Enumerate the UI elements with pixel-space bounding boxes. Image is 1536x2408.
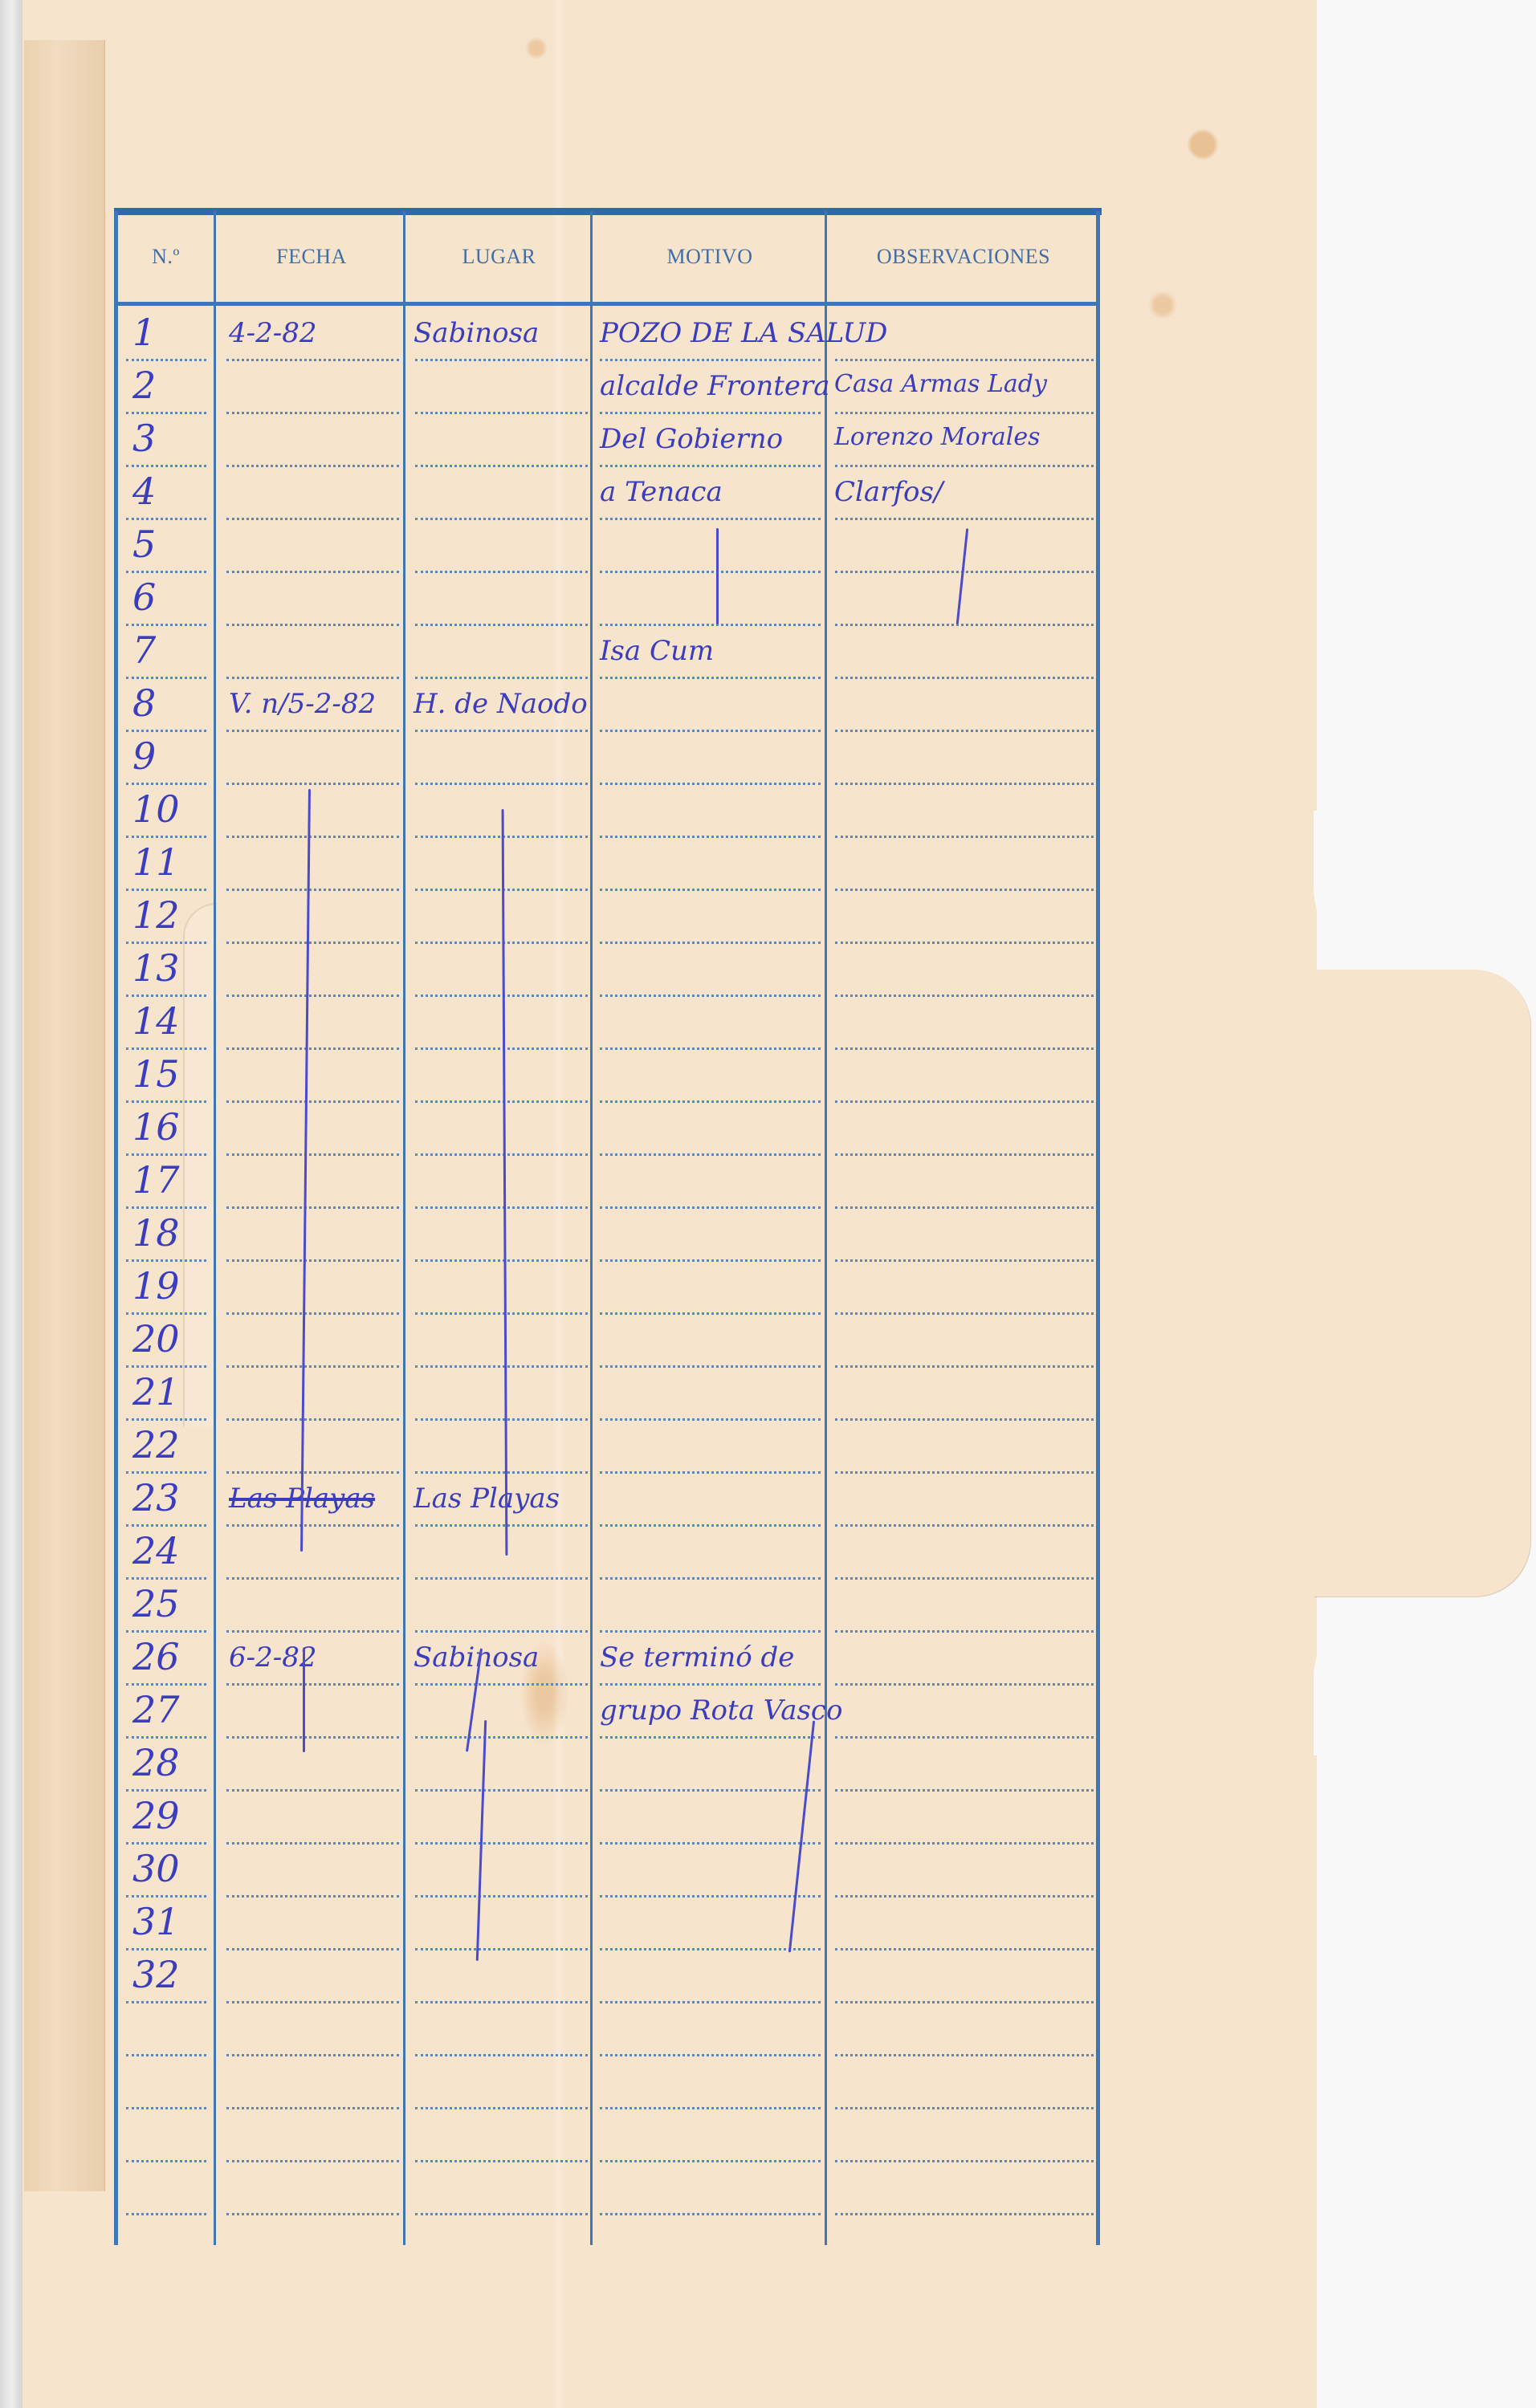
- row-dotted-rule: [600, 624, 821, 626]
- row-dotted-rule: [600, 677, 821, 679]
- row-dotted-rule: [126, 359, 206, 361]
- row-dotted-rule: [226, 730, 399, 732]
- row-dotted-rule: [600, 1206, 821, 1209]
- adhesive-tape-strip: [24, 40, 105, 2191]
- row-dotted-rule: [835, 942, 1094, 944]
- row-number: 21: [132, 1370, 180, 1413]
- row-dotted-rule: [126, 1736, 206, 1739]
- row-dotted-rule: [600, 836, 821, 838]
- row-dotted-rule: [126, 1524, 206, 1527]
- row-dotted-rule: [835, 1047, 1094, 1050]
- row-number: 32: [132, 1953, 180, 1996]
- row-dotted-rule: [226, 942, 399, 944]
- column-divider: [590, 211, 593, 2245]
- row-dotted-rule: [600, 889, 821, 891]
- cell-fecha: V. n/5-2-82: [229, 688, 376, 720]
- row-dotted-rule: [600, 518, 821, 520]
- row-number: 27: [132, 1688, 180, 1731]
- row-dotted-rule: [600, 1577, 821, 1580]
- row-dotted-rule: [126, 2213, 206, 2215]
- row-dotted-rule: [226, 1418, 399, 1421]
- row-dotted-rule: [226, 1948, 399, 1950]
- row-dotted-rule: [415, 2001, 588, 2003]
- row-dotted-rule: [600, 2107, 821, 2109]
- row-number: 6: [132, 576, 156, 619]
- row-dotted-rule: [226, 1736, 399, 1739]
- row-dotted-rule: [226, 518, 399, 520]
- row-dotted-rule: [126, 889, 206, 891]
- row-dotted-rule: [415, 2160, 588, 2162]
- row-dotted-rule: [600, 1259, 821, 1262]
- row-dotted-rule: [226, 1789, 399, 1792]
- column-divider: [403, 211, 405, 2245]
- row-dotted-rule: [126, 1842, 206, 1845]
- row-dotted-rule: [415, 1471, 588, 1474]
- row-number: 28: [132, 1741, 180, 1784]
- row-dotted-rule: [126, 1047, 206, 1050]
- row-dotted-rule: [415, 677, 588, 679]
- register-table: N.º FECHA LUGAR MOTIVO OBSERVACIONES 14-…: [114, 211, 1100, 2245]
- row-dotted-rule: [226, 1577, 399, 1580]
- row-dotted-rule: [835, 783, 1094, 785]
- row-dotted-rule: [226, 1471, 399, 1474]
- row-dotted-rule: [835, 465, 1094, 467]
- row-dotted-rule: [835, 2107, 1094, 2109]
- row-dotted-rule: [226, 1630, 399, 1633]
- row-number: 24: [132, 1529, 180, 1572]
- row-dotted-rule: [126, 1630, 206, 1633]
- cell-lugar: Sabinosa: [414, 317, 539, 349]
- row-dotted-rule: [835, 412, 1094, 414]
- row-dotted-rule: [226, 1365, 399, 1368]
- cell-lugar: H. de Naodo: [414, 688, 586, 720]
- header-number: N.º: [118, 211, 214, 302]
- column-divider: [214, 211, 216, 2245]
- header-date: FECHA: [218, 211, 405, 302]
- row-dotted-rule: [126, 730, 206, 732]
- row-dotted-rule: [126, 2107, 206, 2109]
- row-dotted-rule: [835, 518, 1094, 520]
- row-dotted-rule: [126, 1312, 206, 1315]
- row-dotted-rule: [835, 1259, 1094, 1262]
- row-dotted-rule: [415, 1895, 588, 1898]
- plastic-sleeve-edge: [0, 0, 24, 2408]
- row-dotted-rule: [600, 995, 821, 997]
- row-dotted-rule: [600, 1736, 821, 1739]
- row-dotted-rule: [126, 465, 206, 467]
- row-dotted-rule: [415, 1736, 588, 1739]
- cell-motivo: Del Gobierno: [600, 423, 783, 455]
- row-dotted-rule: [126, 1153, 206, 1156]
- row-dotted-rule: [126, 1895, 206, 1898]
- row-dotted-rule: [126, 1471, 206, 1474]
- row-dotted-rule: [226, 1153, 399, 1156]
- row-dotted-rule: [415, 2107, 588, 2109]
- row-number: 26: [132, 1635, 180, 1678]
- row-dotted-rule: [835, 1418, 1094, 1421]
- row-number: 9: [132, 734, 156, 778]
- row-dotted-rule: [126, 1206, 206, 1209]
- row-dotted-rule: [835, 1471, 1094, 1474]
- row-dotted-rule: [226, 2107, 399, 2109]
- row-number: 22: [132, 1423, 180, 1466]
- row-number: 8: [132, 681, 156, 725]
- row-dotted-rule: [835, 1206, 1094, 1209]
- row-number: 16: [132, 1105, 180, 1149]
- row-dotted-rule: [415, 2054, 588, 2056]
- row-dotted-rule: [600, 1471, 821, 1474]
- row-number: 2: [132, 364, 156, 407]
- row-dotted-rule: [226, 1895, 399, 1898]
- row-dotted-rule: [415, 1206, 588, 1209]
- row-number: 18: [132, 1211, 180, 1255]
- row-dotted-rule: [835, 2213, 1094, 2215]
- row-dotted-rule: [226, 889, 399, 891]
- row-dotted-rule: [835, 571, 1094, 573]
- row-dotted-rule: [600, 1948, 821, 1950]
- row-dotted-rule: [226, 465, 399, 467]
- cell-lugar: Sabinosa: [414, 1641, 539, 1674]
- row-dotted-rule: [126, 1789, 206, 1792]
- row-number: 3: [132, 417, 156, 460]
- cell-fecha: 4-2-82: [229, 317, 317, 349]
- cell-motivo: Isa Cum: [600, 635, 714, 667]
- row-dotted-rule: [415, 1100, 588, 1103]
- row-dotted-rule: [226, 1842, 399, 1845]
- row-dotted-rule: [415, 1524, 588, 1527]
- row-dotted-rule: [600, 1524, 821, 1527]
- row-dotted-rule: [835, 1683, 1094, 1686]
- row-dotted-rule: [126, 942, 206, 944]
- row-number: 19: [132, 1264, 180, 1308]
- row-dotted-rule: [835, 1312, 1094, 1315]
- row-dotted-rule: [600, 1153, 821, 1156]
- row-dotted-rule: [126, 1100, 206, 1103]
- row-dotted-rule: [226, 2213, 399, 2215]
- row-number: 31: [132, 1900, 180, 1943]
- row-dotted-rule: [835, 889, 1094, 891]
- cell-motivo: a Tenaca: [600, 476, 723, 508]
- tab-notch-bottom: [1314, 1598, 1474, 1755]
- row-dotted-rule: [226, 1259, 399, 1262]
- row-dotted-rule: [126, 1683, 206, 1686]
- column-divider: [825, 211, 827, 2245]
- row-dotted-rule: [600, 1789, 821, 1792]
- row-dotted-rule: [835, 1630, 1094, 1633]
- row-dotted-rule: [600, 1100, 821, 1103]
- row-dotted-rule: [226, 677, 399, 679]
- row-dotted-rule: [600, 412, 821, 414]
- row-dotted-rule: [835, 2001, 1094, 2003]
- row-number: 10: [132, 787, 180, 831]
- row-dotted-rule: [226, 359, 399, 361]
- row-dotted-rule: [600, 1418, 821, 1421]
- cell-motivo: grupo Rota Vasco: [600, 1694, 821, 1727]
- row-dotted-rule: [126, 836, 206, 838]
- table-header: N.º FECHA LUGAR MOTIVO OBSERVACIONES: [118, 211, 1096, 306]
- row-number: 20: [132, 1317, 180, 1361]
- row-dotted-rule: [415, 1418, 588, 1421]
- ditto-line-lugar: [502, 809, 508, 1556]
- row-dotted-rule: [126, 2160, 206, 2162]
- row-dotted-rule: [600, 2160, 821, 2162]
- row-dotted-rule: [126, 2054, 206, 2056]
- row-number: 30: [132, 1847, 180, 1890]
- row-dotted-rule: [415, 571, 588, 573]
- row-dotted-rule: [226, 1524, 399, 1527]
- row-dotted-rule: [226, 2054, 399, 2056]
- row-dotted-rule: [126, 1577, 206, 1580]
- row-dotted-rule: [600, 2001, 821, 2003]
- row-dotted-rule: [126, 1418, 206, 1421]
- row-dotted-rule: [226, 1100, 399, 1103]
- row-dotted-rule: [415, 1153, 588, 1156]
- row-dotted-rule: [835, 624, 1094, 626]
- row-dotted-rule: [835, 836, 1094, 838]
- row-dotted-rule: [126, 995, 206, 997]
- cell-observaciones: Lorenzo Morales: [834, 423, 1041, 451]
- row-dotted-rule: [835, 1948, 1094, 1950]
- cell-motivo: POZO DE LA SALUD: [600, 317, 821, 349]
- row-dotted-rule: [600, 571, 821, 573]
- row-dotted-rule: [226, 2160, 399, 2162]
- row-dotted-rule: [415, 730, 588, 732]
- row-dotted-rule: [835, 1524, 1094, 1527]
- row-dotted-rule: [600, 359, 821, 361]
- row-dotted-rule: [835, 1577, 1094, 1580]
- row-number: 17: [132, 1158, 180, 1202]
- row-dotted-rule: [126, 783, 206, 785]
- row-dotted-rule: [415, 2213, 588, 2215]
- row-number: 25: [132, 1582, 180, 1625]
- row-dotted-rule: [126, 677, 206, 679]
- row-dotted-rule: [126, 2001, 206, 2003]
- row-dotted-rule: [415, 1365, 588, 1368]
- ditto-line-fecha: [300, 789, 311, 1552]
- row-dotted-rule: [126, 1365, 206, 1368]
- row-dotted-rule: [126, 1948, 206, 1950]
- row-dotted-rule: [415, 1630, 588, 1633]
- row-number: 13: [132, 946, 180, 990]
- ditto-line-observaciones: [956, 528, 969, 624]
- row-dotted-rule: [226, 1683, 399, 1686]
- row-dotted-rule: [600, 1047, 821, 1050]
- row-number: 1: [132, 311, 156, 354]
- row-dotted-rule: [835, 2160, 1094, 2162]
- row-dotted-rule: [835, 995, 1094, 997]
- row-dotted-rule: [415, 518, 588, 520]
- row-dotted-rule: [600, 2054, 821, 2056]
- row-number: 12: [132, 893, 180, 937]
- row-dotted-rule: [126, 571, 206, 573]
- row-dotted-rule: [415, 1948, 588, 1950]
- row-dotted-rule: [415, 624, 588, 626]
- row-dotted-rule: [226, 836, 399, 838]
- row-dotted-rule: [415, 1842, 588, 1845]
- row-dotted-rule: [600, 1683, 821, 1686]
- header-place: LUGAR: [405, 211, 593, 302]
- row-dotted-rule: [835, 1789, 1094, 1792]
- row-dotted-rule: [226, 1312, 399, 1315]
- row-dotted-rule: [600, 1312, 821, 1315]
- row-dotted-rule: [415, 1312, 588, 1315]
- row-number: 23: [132, 1476, 180, 1519]
- tab-notch-top: [1314, 811, 1474, 968]
- row-dotted-rule: [600, 1842, 821, 1845]
- cell-observaciones: Clarfos/: [834, 476, 943, 508]
- ditto-line-fecha-2: [303, 1648, 305, 1752]
- row-dotted-rule: [600, 1365, 821, 1368]
- row-dotted-rule: [226, 2001, 399, 2003]
- header-notes: OBSERVACIONES: [827, 211, 1100, 302]
- header-reason: MOTIVO: [593, 211, 827, 302]
- row-dotted-rule: [835, 2054, 1094, 2056]
- row-dotted-rule: [415, 1259, 588, 1262]
- row-dotted-rule: [226, 1206, 399, 1209]
- row-dotted-rule: [226, 1047, 399, 1050]
- row-number: 4: [132, 470, 156, 513]
- row-dotted-rule: [415, 1683, 588, 1686]
- row-dotted-rule: [835, 359, 1094, 361]
- cell-observaciones: Casa Armas Lady: [834, 370, 1047, 398]
- cell-motivo: alcalde Frontera: [600, 370, 821, 402]
- row-dotted-rule: [126, 624, 206, 626]
- row-dotted-rule: [835, 1842, 1094, 1845]
- row-dotted-rule: [600, 1895, 821, 1898]
- row-number: 14: [132, 999, 180, 1043]
- row-number: 7: [132, 628, 156, 672]
- row-dotted-rule: [835, 1153, 1094, 1156]
- index-tab: [1314, 970, 1530, 1597]
- ditto-line-motivo: [716, 528, 719, 624]
- ditto-line-lugar-3: [476, 1720, 487, 1961]
- row-dotted-rule: [415, 359, 588, 361]
- row-number: 5: [132, 523, 156, 566]
- row-dotted-rule: [415, 1577, 588, 1580]
- row-number: 29: [132, 1794, 180, 1837]
- row-dotted-rule: [600, 942, 821, 944]
- row-dotted-rule: [226, 995, 399, 997]
- ditto-line-motivo-2: [788, 1721, 815, 1953]
- row-dotted-rule: [415, 783, 588, 785]
- row-dotted-rule: [835, 730, 1094, 732]
- row-dotted-rule: [600, 1630, 821, 1633]
- row-dotted-rule: [126, 518, 206, 520]
- row-dotted-rule: [600, 465, 821, 467]
- row-dotted-rule: [226, 783, 399, 785]
- row-dotted-rule: [126, 1259, 206, 1262]
- row-dotted-rule: [226, 571, 399, 573]
- row-dotted-rule: [415, 412, 588, 414]
- cell-lugar: Las Playas: [414, 1483, 560, 1515]
- row-dotted-rule: [835, 677, 1094, 679]
- row-dotted-rule: [415, 1047, 588, 1050]
- row-dotted-rule: [126, 412, 206, 414]
- cell-motivo: Se terminó de: [600, 1641, 794, 1674]
- row-dotted-rule: [226, 412, 399, 414]
- row-dotted-rule: [415, 465, 588, 467]
- row-dotted-rule: [600, 730, 821, 732]
- row-dotted-rule: [415, 995, 588, 997]
- row-dotted-rule: [226, 624, 399, 626]
- row-dotted-rule: [600, 2213, 821, 2215]
- row-dotted-rule: [835, 1736, 1094, 1739]
- row-dotted-rule: [415, 1789, 588, 1792]
- row-number: 15: [132, 1052, 180, 1096]
- row-number: 11: [132, 840, 180, 884]
- row-dotted-rule: [835, 1100, 1094, 1103]
- row-dotted-rule: [835, 1365, 1094, 1368]
- row-dotted-rule: [600, 783, 821, 785]
- row-dotted-rule: [835, 1895, 1094, 1898]
